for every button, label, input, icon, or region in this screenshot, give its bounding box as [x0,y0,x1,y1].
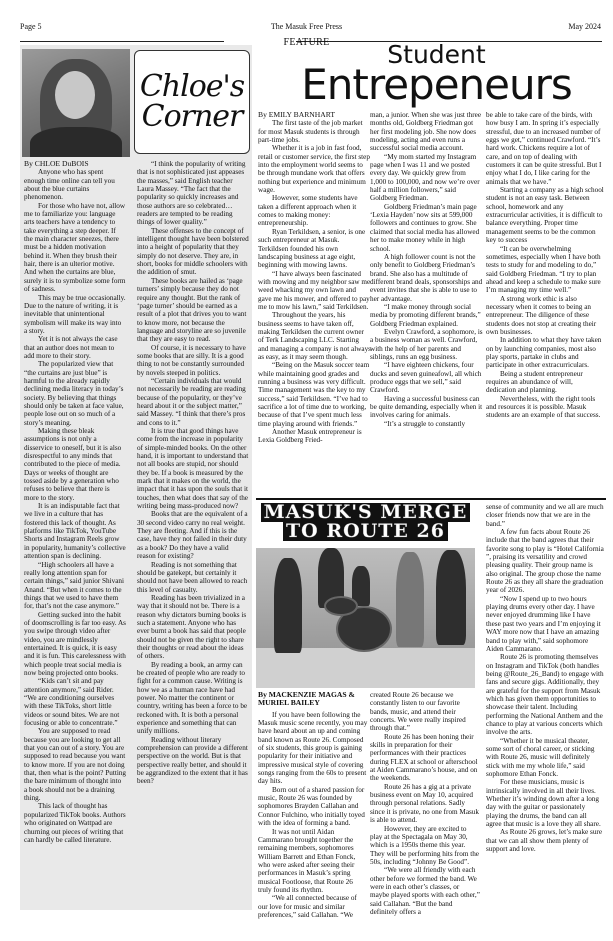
paragraph: Starting a company as a high school stud… [486,186,604,244]
paragraph: Reading has been trivialized in a way th… [137,594,249,661]
paragraph: “I make money through social media by pr… [370,303,483,328]
paragraph: “It’s a struggle to constantly [370,420,483,428]
route26-col1: By MACKENZIE MAGAS & MURIEL BAILEY If yo… [258,691,368,919]
band-headline: MASUK'S MERGE TO ROUTE 26 [256,500,475,544]
paragraph: “I have eighteen chickens, four ducks an… [370,361,483,394]
paragraph: Anyone who has spent enough time online … [24,168,126,201]
paragraph: Another Masuk entrepreneur is Lexia Gold… [258,428,371,445]
entrepreneurs-col2: man, a junior. When she was just three m… [370,111,483,428]
paragraph: Whether it is a job in fast food, retail… [258,144,371,194]
paragraph: Having a successful business can be quit… [370,395,483,420]
paragraph: This may be true occasionally. Due to th… [24,294,126,336]
paragraph: If you have been following the Masuk mus… [258,711,368,786]
paragraph: Nevertheless, with the right tools and r… [486,395,604,420]
paragraph: Ryan Terkildsen, a senior, is one such e… [258,228,371,270]
paragraph: Of course, it is necessary to have some … [137,344,249,377]
band-photo [256,548,475,688]
route26-col2: created Route 26 because we constantly l… [370,691,480,916]
issue-date: May 2024 [568,22,601,31]
paragraph: Making these bleak assumptions is not on… [24,427,126,502]
paragraph: A few fun facts about Route 26 include t… [486,528,604,595]
paragraph: Yet it is not always the case that an au… [24,335,126,360]
paragraph: You are supposed to read because you are… [24,727,126,802]
paragraph: Born out of a shared passion for music, … [258,786,368,828]
paragraph: Reading is not something that should be … [137,561,249,594]
entrepreneurs-col3: be able to take care of the birds, with … [486,111,604,420]
paragraph: These books are hailed as ‘page turners’… [137,277,249,344]
paragraph: be able to take care of the birds, with … [486,111,604,186]
paragraph: Throughout the years, his business seems… [258,311,371,361]
paragraph: Books that are the equivalent of a 30 se… [137,510,249,560]
chloes-corner-col1: By CHLOE DuBOIS Anyone who has spent eno… [24,160,126,844]
paragraph: The first taste of the job market for mo… [258,119,371,144]
paragraph: “My mom started my Instagram page when I… [370,153,483,203]
paragraph: “Being on the Masuk soccer team while ma… [258,361,371,428]
paragraph: Goldberg Friedman’s main page ‘Lexia Hay… [370,203,483,253]
route26-col3: sense of community and we all are much c… [486,503,604,853]
entrepreneurs-col1: By EMILY BARNHART The first taste of the… [258,111,371,445]
column-title-box: Chloe's Corner [134,50,250,154]
article-title-line2: Entrepeneurs [260,62,613,108]
paragraph: These offenses to the concept of intelli… [137,227,249,277]
byline: MURIEL BAILEY [258,699,368,707]
chloes-corner-col2: “I think the popularity of writing that … [137,160,249,786]
paragraph: By reading a book, an army can be create… [137,661,249,736]
paragraph: “Kids can’t sit and pay attention anymor… [24,677,126,727]
paragraph: Getting sucked into the habit of doomscr… [24,611,126,678]
paragraph: “I have always been fascinated with mowi… [258,270,371,312]
byline: By CHLOE DuBOIS [24,160,126,168]
paragraph: “We were all friendly with each other be… [370,866,480,916]
paragraph: “Whether it be musical theater, some sor… [486,737,604,779]
paragraph: This lack of thought has popularized Tik… [24,802,126,844]
paragraph: Route 26 has been honing their skills in… [370,733,480,783]
paragraph: However, they are excited to play at the… [370,825,480,867]
paragraph: Route 26 is promoting themselves on Inst… [486,653,604,736]
paragraph: man, a junior. When she was just three m… [370,111,483,153]
paragraph: sense of community and we all are much c… [486,503,604,528]
paragraph: Reading without literary comprehension c… [137,736,249,786]
paragraph: Evelyn Crawford, a sophomore, is a busin… [370,328,483,361]
paragraph: A high follower count is not the only be… [370,253,483,303]
paragraph: However, some students have taken a diff… [258,194,371,227]
paragraph: As Route 26 grows, let’s make sure that … [486,828,604,853]
paragraph: “Now I spend up to two hours playing dru… [486,595,604,653]
column-title-line1: Chloe's [140,72,244,102]
paragraph: Route 26 has a gig at a private business… [370,783,480,825]
column-title-line2: Corner [142,102,243,132]
paragraph: A strong work ethic is also necessary wh… [486,295,604,337]
paragraph: “I think the popularity of writing that … [137,160,249,227]
paragraph: For those who have not, allow me to fami… [24,202,126,294]
paragraph: In addition to what they have taken on b… [486,336,604,369]
publication-name: The Masuk Free Press [0,22,613,31]
paragraph: It was not until Aidan Cammarano brought… [258,828,368,895]
paragraph: The popularized view that “the curtains … [24,360,126,427]
paragraph: It is an indisputable fact that we live … [24,502,126,560]
paragraph: “We all connected because of our love fo… [258,894,368,919]
paragraph: “High schoolers all have a really long a… [24,561,126,611]
paragraph: “Certain individuals that would not nece… [137,377,249,427]
paragraph: “It can be overwhelming sometimes, espec… [486,245,604,295]
paragraph: It is true that good things have come fr… [137,427,249,510]
byline: By EMILY BARNHART [258,111,371,119]
author-photo [22,49,130,157]
paragraph: Being a student entrepreneur requires an… [486,370,604,395]
paragraph: For these musicians, music is intrinsica… [486,778,604,828]
band-headline-line2: TO ROUTE 26 [283,522,448,541]
paragraph: created Route 26 because we constantly l… [370,691,480,733]
